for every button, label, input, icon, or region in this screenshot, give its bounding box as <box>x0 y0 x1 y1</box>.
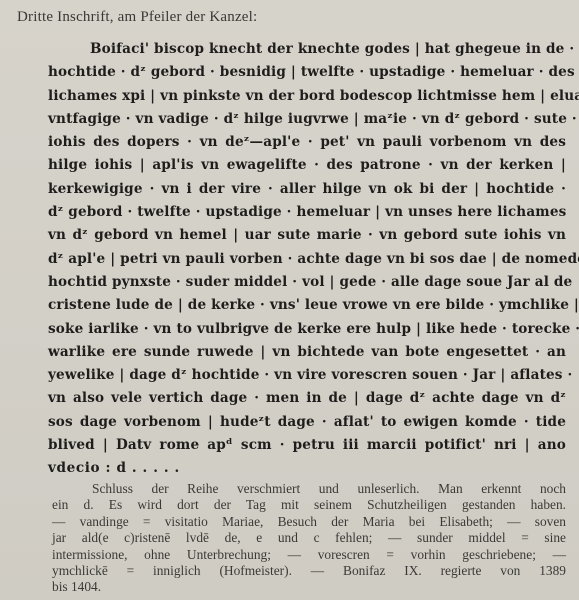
inscription-line: yewelike | dage dᶻ hochtide · vn vire vo… <box>48 364 566 388</box>
inscription-line: cristene lude de | de kerke · vns' leue … <box>48 294 566 318</box>
note-line: bis 1404. <box>52 579 566 595</box>
inscription-line: dᶻ gebord · twelfte · upstadige · hemelu… <box>48 200 566 224</box>
inscription-line: hochtide · dᶻ gebord · besnidig | twelft… <box>48 61 566 85</box>
book-page: Dritte Inschrift, am Pfeiler der Kanzel:… <box>0 0 579 600</box>
inscription-line: Boifaci' biscop knecht der knechte godes… <box>48 37 566 61</box>
section-heading: Dritte Inschrift, am Pfeiler der Kanzel: <box>17 9 257 26</box>
inscription-line: soke iarlike · vn to vulbrigve de kerke … <box>48 317 566 341</box>
inscription-line: hilge iohis | apl'is vn ewagelifte · des… <box>48 154 566 178</box>
inscription-line: dᶻ apl'e | petri vn pauli vorben · achte… <box>48 247 566 271</box>
inscription-line: lichames xpi | vn pinkste vn der bord bo… <box>48 84 566 108</box>
inscription-line: blived | Datv rome apᵈ scm · petru iii m… <box>48 433 566 457</box>
note-line: ymchlickē = inniglich (Hofmeister). — Bo… <box>52 563 566 579</box>
inscription-line: iohis des dopers · vn deᶻ—apl'e · pet' v… <box>48 131 566 155</box>
inscription-line: warlike ere sunde ruwede | vn bichtede v… <box>48 340 566 364</box>
inscription-text: Boifaci' biscop knecht der knechte godes… <box>48 38 566 481</box>
note-line: Schluss der Reihe verschmiert und unlese… <box>52 481 566 497</box>
inscription-line: vntfagige · vn vadige · dᶻ hilge iugvrwe… <box>48 107 566 131</box>
inscription-line: vn dᶻ gebord vn hemel | uar sute marie ·… <box>48 224 566 248</box>
note-line: ein d. Es wird dort der Tag mit seinem S… <box>52 497 566 513</box>
commentary-note: Schluss der Reihe verschmiert und unlese… <box>52 481 566 596</box>
inscription-line: vn also vele vertich dage · men in de | … <box>48 387 566 411</box>
inscription-line: vdecio : d . . . . . <box>48 457 566 481</box>
inscription-line: sos dage vorbenom | hudeᶻt dage · aflat'… <box>48 410 566 434</box>
note-line: jar ald(e c)ristenē lvdē de, e und c feh… <box>52 530 566 546</box>
inscription-line: hochtid pynxste · suder middel · vol | g… <box>48 270 566 294</box>
note-line: — vandinge = visitatio Mariae, Besuch de… <box>52 514 566 530</box>
note-line: intermissione, ohne Unterbrechung; — vor… <box>52 547 566 563</box>
inscription-line: kerkewigige · vn i der vire · aller hilg… <box>48 177 566 201</box>
